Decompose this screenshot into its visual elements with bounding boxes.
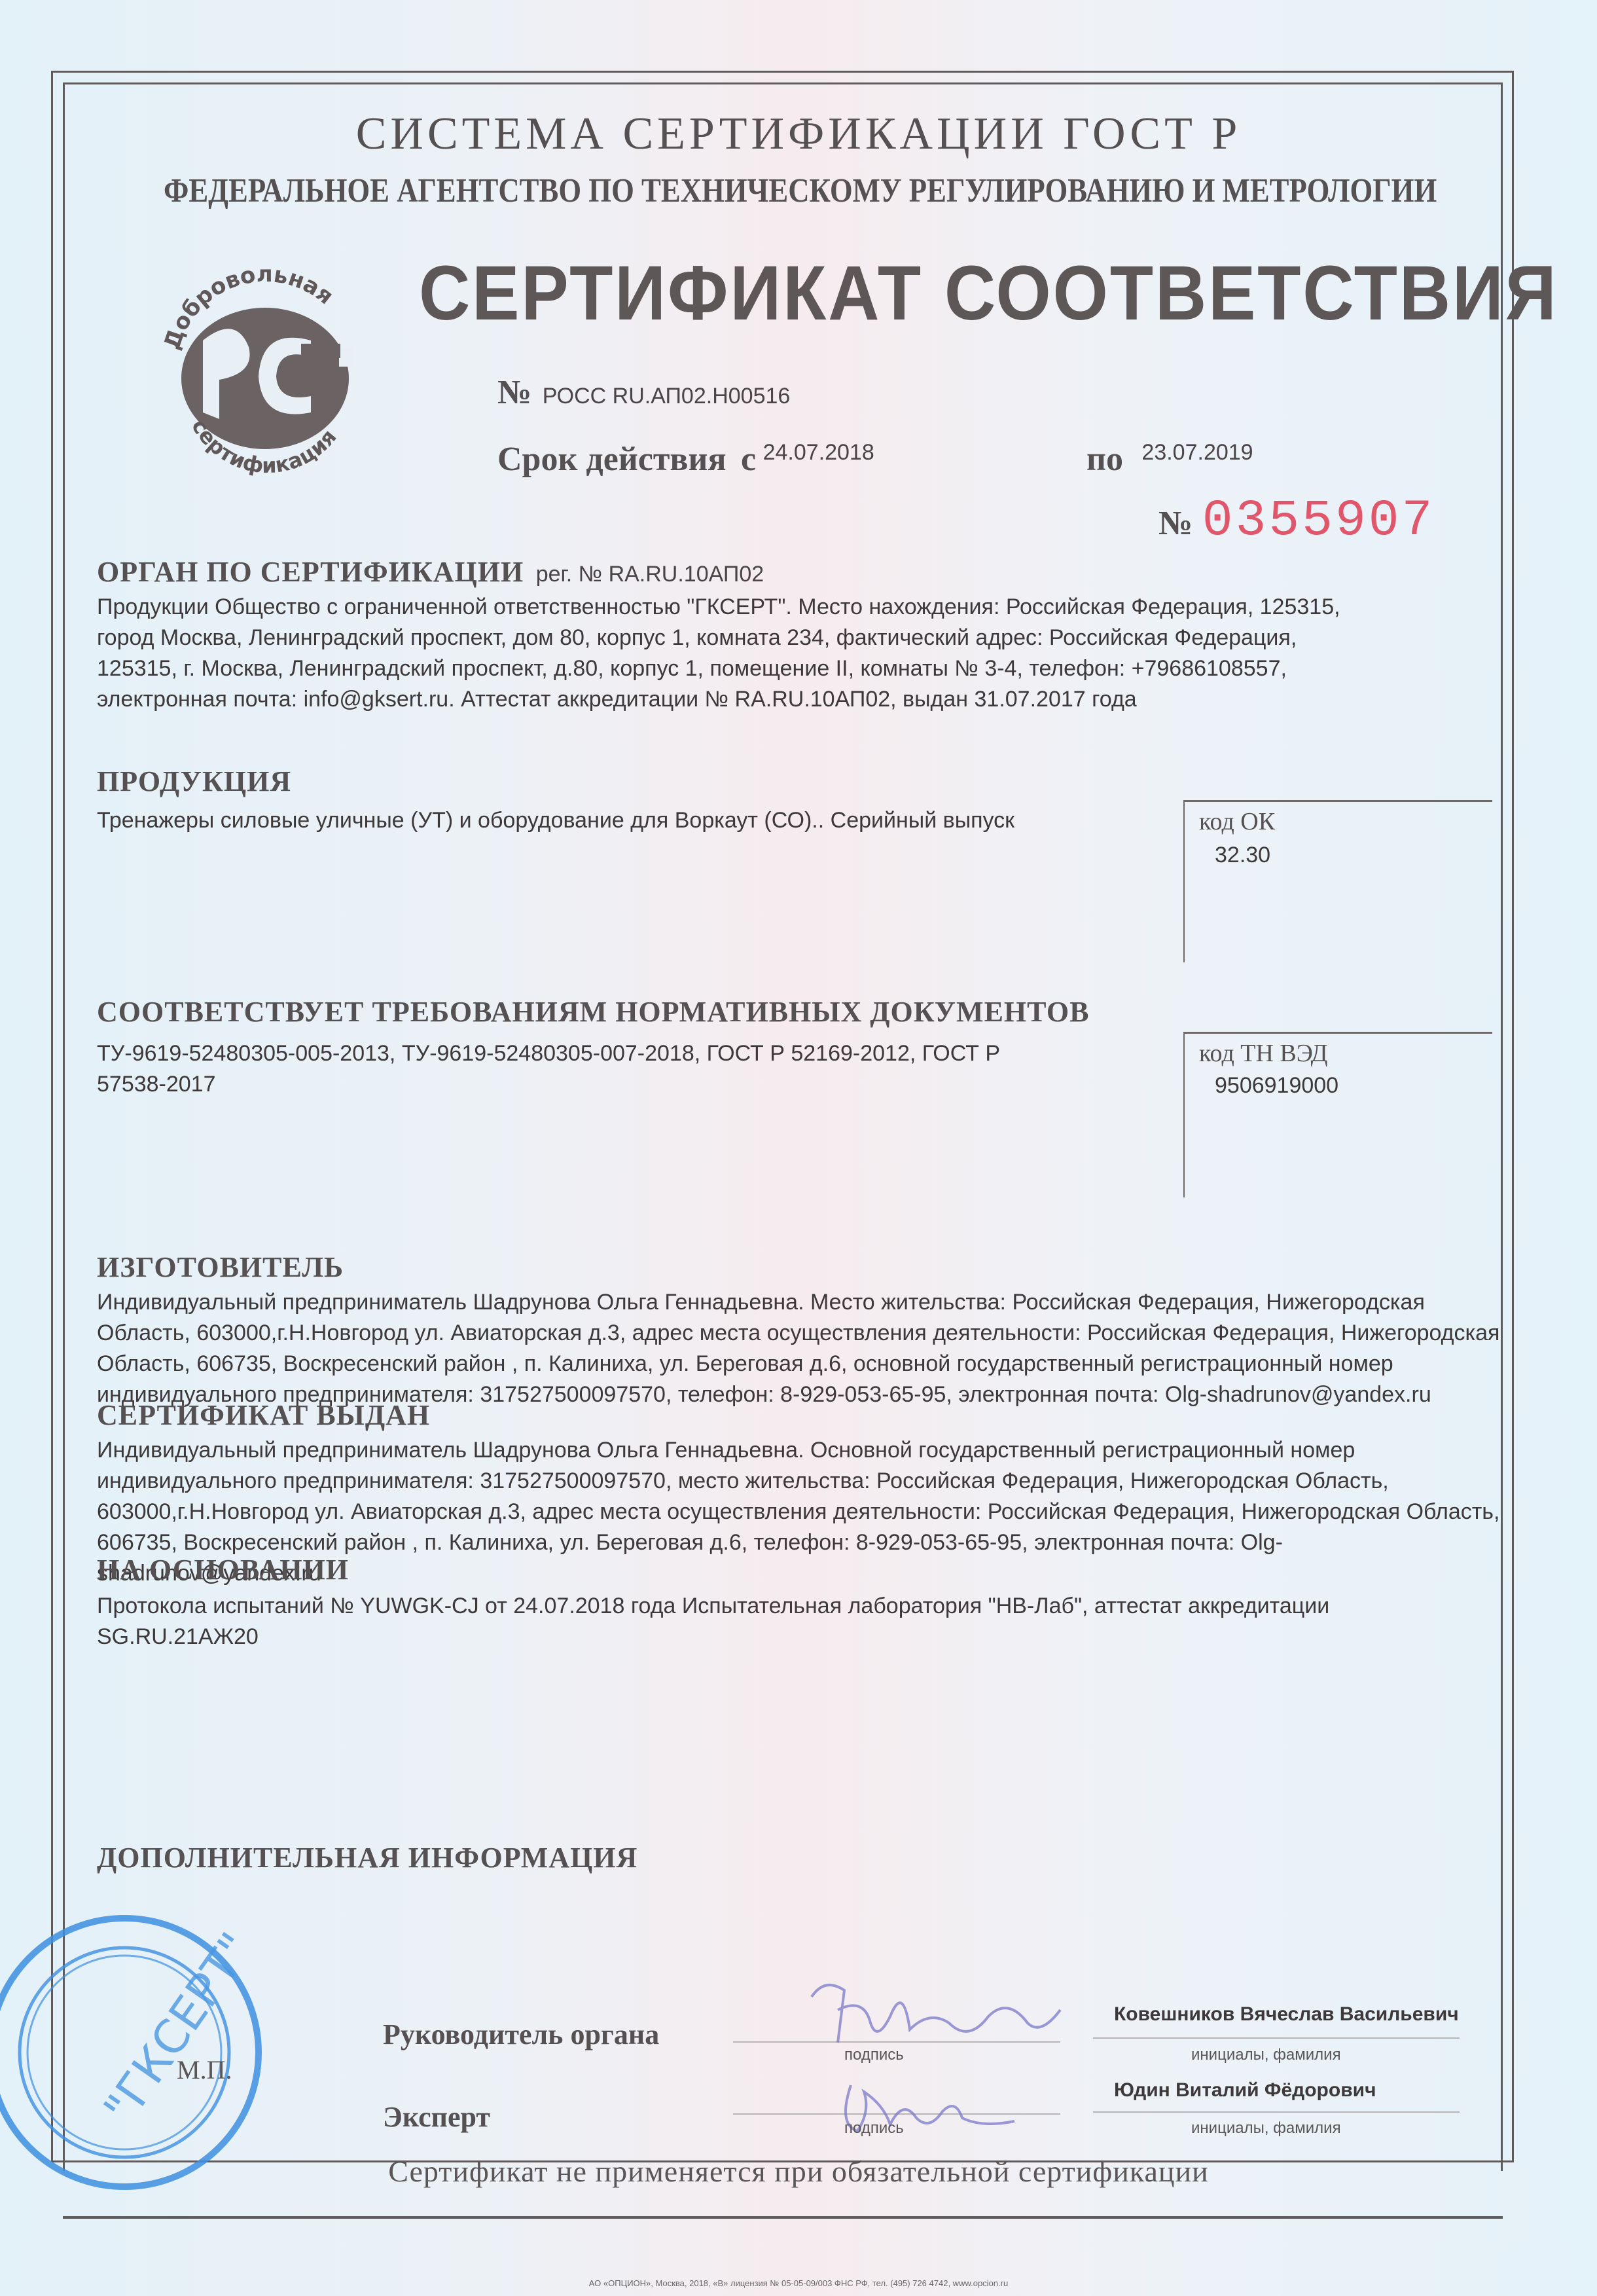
rst-voluntary-logo-icon: Добровольная сертификация bbox=[157, 268, 373, 478]
expert-name-line bbox=[1093, 2111, 1460, 2113]
okpd-code-value: 32.30 bbox=[1215, 843, 1492, 868]
head-name: Ковешников Вячеслав Васильевич bbox=[1114, 2003, 1459, 2026]
certification-body-heading: ОРГАН ПО СЕРТИФИКАЦИИ bbox=[97, 556, 524, 588]
manufacturer-heading: ИЗГОТОВИТЕЛЬ bbox=[97, 1250, 344, 1284]
issued-to-heading: СЕРТИФИКАТ ВЫДАН bbox=[97, 1398, 430, 1432]
text-line: Продукции Общество с ограниченной ответс… bbox=[97, 592, 1471, 623]
bottom-border bbox=[63, 2216, 1503, 2219]
printer-info: АО «ОПЦИОН», Москва, 2018, «В» лицензия … bbox=[0, 2278, 1597, 2288]
text-line: Область, 606735, Воскресенский район , п… bbox=[97, 1349, 1504, 1379]
agency-title: ФЕДЕРАЛЬНОЕ АГЕНТСТВО ПО ТЕХНИЧЕСКОМУ РЕ… bbox=[164, 172, 1402, 210]
expert-name-caption: инициалы, фамилия bbox=[1191, 2119, 1341, 2138]
text-line: электронная почта: info@gksert.ru. Аттес… bbox=[97, 684, 1471, 715]
text-line: Индивидуальный предприниматель Шадрунова… bbox=[97, 1435, 1504, 1466]
expert-role: Эксперт bbox=[383, 2100, 490, 2134]
additional-info-heading: ДОПОЛНИТЕЛЬНАЯ ИНФОРМАЦИЯ bbox=[97, 1841, 637, 1874]
certification-body-reg: рег. № RA.RU.10АП02 bbox=[536, 562, 764, 587]
conformity-text: ТУ-9619-52480305-005-2013, ТУ-9619-52480… bbox=[97, 1038, 1000, 1100]
expert-name: Юдин Виталий Фёдорович bbox=[1114, 2079, 1376, 2102]
okpd-code-box: код ОК 32.30 bbox=[1183, 800, 1492, 962]
registration-number: № РОСС RU.АП02.Н00516 bbox=[497, 373, 790, 412]
number-sign: № bbox=[497, 374, 531, 411]
text-line: Индивидуальный предприниматель Шадрунова… bbox=[97, 1287, 1504, 1318]
registration-number-value: РОСС RU.АП02.Н00516 bbox=[543, 384, 791, 409]
tnved-code-value: 9506919000 bbox=[1215, 1073, 1492, 1099]
validity-from-date: 24.07.2018 bbox=[763, 440, 874, 465]
expert-signature-caption: подпись bbox=[844, 2119, 904, 2138]
manufacturer-text: Индивидуальный предприниматель Шадрунова… bbox=[97, 1287, 1504, 1410]
okpd-code-label: код ОК bbox=[1199, 807, 1492, 836]
text-line: ТУ-9619-52480305-005-2013, ТУ-9619-52480… bbox=[97, 1038, 1000, 1069]
basis-text: Протокола испытаний № YUWGK-CJ от 24.07.… bbox=[97, 1591, 1504, 1652]
product-heading: ПРОДУКЦИЯ bbox=[97, 765, 291, 798]
text-line: Протокола испытаний № YUWGK-CJ от 24.07.… bbox=[97, 1591, 1504, 1622]
head-role: Руководитель органа bbox=[383, 2018, 659, 2051]
text-line: SG.RU.21АЖ20 bbox=[97, 1622, 1504, 1652]
validity-from-label: с bbox=[741, 441, 756, 478]
validity-to: по 23.07.2019 bbox=[1086, 440, 1253, 479]
validity-label: Срок действия bbox=[497, 441, 727, 478]
blank-number-sign: № bbox=[1158, 505, 1193, 542]
certification-body-text: Продукции Общество с ограниченной ответс… bbox=[97, 592, 1471, 715]
head-signature-icon bbox=[798, 1971, 1073, 2049]
head-signature-caption: подпись bbox=[844, 2046, 904, 2064]
validity-to-label: по bbox=[1086, 441, 1123, 478]
text-line: город Москва, Ленинградский проспект, до… bbox=[97, 623, 1471, 653]
footer-note: Сертификат не применяется при обязательн… bbox=[0, 2154, 1597, 2189]
system-title: СИСТЕМА СЕРТИФИКАЦИИ ГОСТ Р bbox=[0, 108, 1597, 160]
validity-to-date: 23.07.2019 bbox=[1141, 440, 1253, 465]
tnved-code-box: код ТН ВЭД 9506919000 bbox=[1183, 1032, 1492, 1197]
conformity-heading: СООТВЕТСТВУЕТ ТРЕБОВАНИЯМ НОРМАТИВНЫХ ДО… bbox=[97, 995, 1090, 1029]
svg-text:"ГКСЕРТ": "ГКСЕРТ" bbox=[93, 1923, 262, 2133]
head-name-line bbox=[1093, 2037, 1460, 2039]
text-line: 57538-2017 bbox=[97, 1069, 1000, 1100]
validity-period: Срок действия с 24.07.2018 bbox=[497, 440, 874, 479]
text-line: 125315, г. Москва, Ленинградский проспек… bbox=[97, 653, 1471, 684]
basis-heading: НА ОСНОВАНИИ bbox=[97, 1553, 349, 1586]
certificate-title: СЕРТИФИКАТ СООТВЕТСТВИЯ bbox=[419, 249, 1558, 338]
stamp-place-label: М.П. bbox=[177, 2054, 232, 2085]
blank-number-value: 0355907 bbox=[1202, 492, 1435, 550]
head-name-caption: инициалы, фамилия bbox=[1191, 2046, 1341, 2064]
text-line: 603000,г.Н.Новгород ул. Авиаторская д.3,… bbox=[97, 1497, 1504, 1527]
certification-body-heading-row: ОРГАН ПО СЕРТИФИКАЦИИ рег. № RA.RU.10АП0… bbox=[97, 555, 764, 589]
tnved-code-label: код ТН ВЭД bbox=[1199, 1039, 1492, 1068]
blank-number: № 0355907 bbox=[1158, 492, 1435, 550]
product-text: Тренажеры силовые уличные (УТ) и оборудо… bbox=[97, 805, 1014, 836]
text-line: Область, 603000,г.Н.Новгород ул. Авиатор… bbox=[97, 1318, 1504, 1349]
text-line: индивидуального предпринимателя: 3175275… bbox=[97, 1466, 1504, 1497]
